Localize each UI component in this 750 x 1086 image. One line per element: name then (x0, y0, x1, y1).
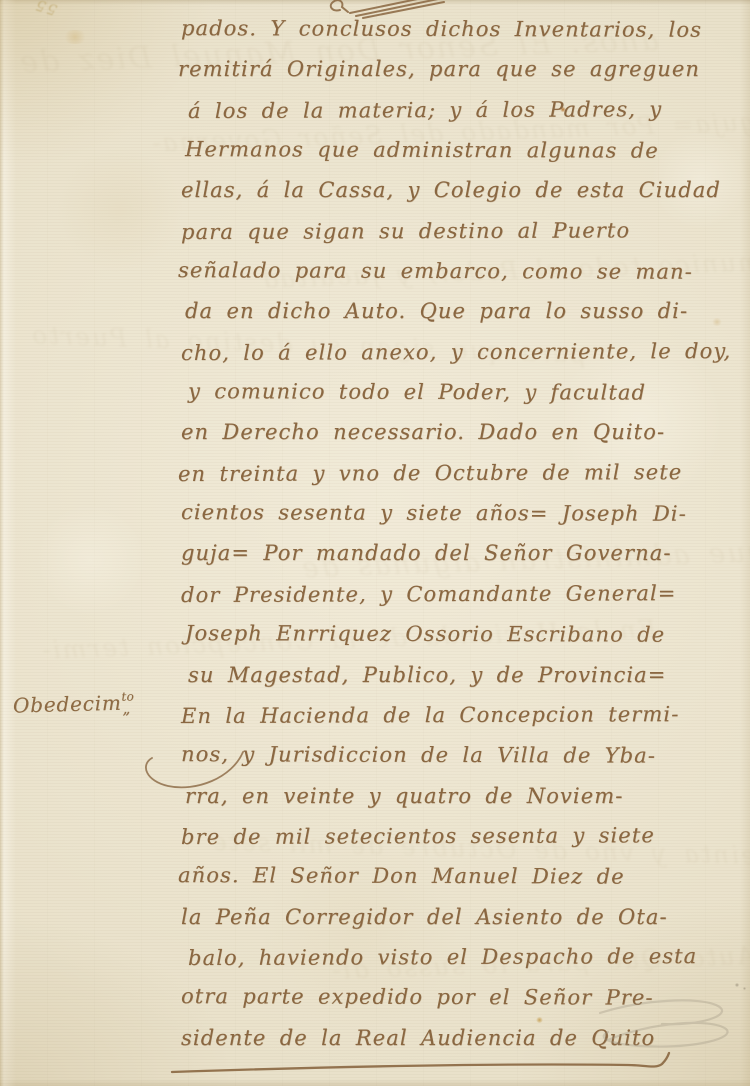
manuscript-line: Hermanos que administran algunas de (185, 129, 731, 171)
manuscript-line: cho, lo á ello anexo, y concerniente, le… (181, 331, 731, 373)
manuscript-line: Joseph Enrriquez Ossorio Escribano de (185, 613, 731, 655)
margin-note-mark: „ (122, 699, 131, 717)
manuscript-line: su Magestad, Publico, y de Provincia= (188, 655, 731, 695)
manuscript-line: pados. Y conclusos dichos Inventarios, l… (181, 8, 731, 50)
manuscript-line: dor Presidente, y Comandante General= (181, 573, 731, 615)
manuscript-page: 55 años. El Señor Don Manuel Diez de guj… (0, 0, 750, 1086)
manuscript-line: en treinta y vno de Octubre de mil sete (178, 452, 731, 494)
manuscript-line: otra parte expedido por el Señor Pre- (181, 976, 731, 1018)
foxing-spot (62, 30, 88, 44)
folio-number: 55 (32, 0, 59, 19)
manuscript-line: cientos sesenta y siete años= Joseph Di- (181, 492, 731, 534)
manuscript-line: años. El Señor Don Manuel Diez de (178, 855, 731, 897)
manuscript-line: y comunico todo el Poder, y facultad (188, 371, 731, 413)
pencil-dot (743, 987, 746, 990)
pencil-dot (735, 983, 739, 987)
manuscript-line: En la Hacienda de la Concepcion termi- (181, 694, 731, 736)
manuscript-line: para que sigan su destino al Puerto (181, 210, 731, 252)
manuscript-line: á los de la materia; y á los Padres, y (188, 89, 731, 131)
manuscript-line: en Derecho necessario. Dado en Quito- (181, 412, 731, 452)
manuscript-line: rra, en veinte y quatro de Noviem- (185, 776, 731, 816)
manuscript-line: nos, y Jurisdiccion de la Villa de Yba- (181, 734, 731, 776)
manuscript-line: señalado para su embarco, como se man- (178, 250, 731, 292)
manuscript-line: sidente de la Real Audiencia de Quito (181, 1018, 731, 1058)
manuscript-line: ellas, á la Cassa, y Colegio de esta Ciu… (181, 170, 731, 210)
manuscript-line: balo, haviendo visto el Despacho de esta (188, 936, 731, 978)
manuscript-line: guja= Por mandado del Señor Governa- (181, 533, 731, 573)
margin-note: Obedecimto„ (13, 689, 132, 720)
manuscript-line: remitirá Originales, para que se agregue… (178, 49, 731, 89)
manuscript-line: la Peña Corregidor del Asiento de Ota- (181, 897, 731, 937)
manuscript-line: da en dicho Auto. Que para lo susso di- (185, 291, 731, 331)
manuscript-line: bre de mil setecientos sesenta y siete (181, 815, 731, 857)
margin-note-text: Obedecim (13, 691, 122, 718)
manuscript-text-block: pados. Y conclusos dichos Inventarios, l… (181, 9, 731, 1058)
